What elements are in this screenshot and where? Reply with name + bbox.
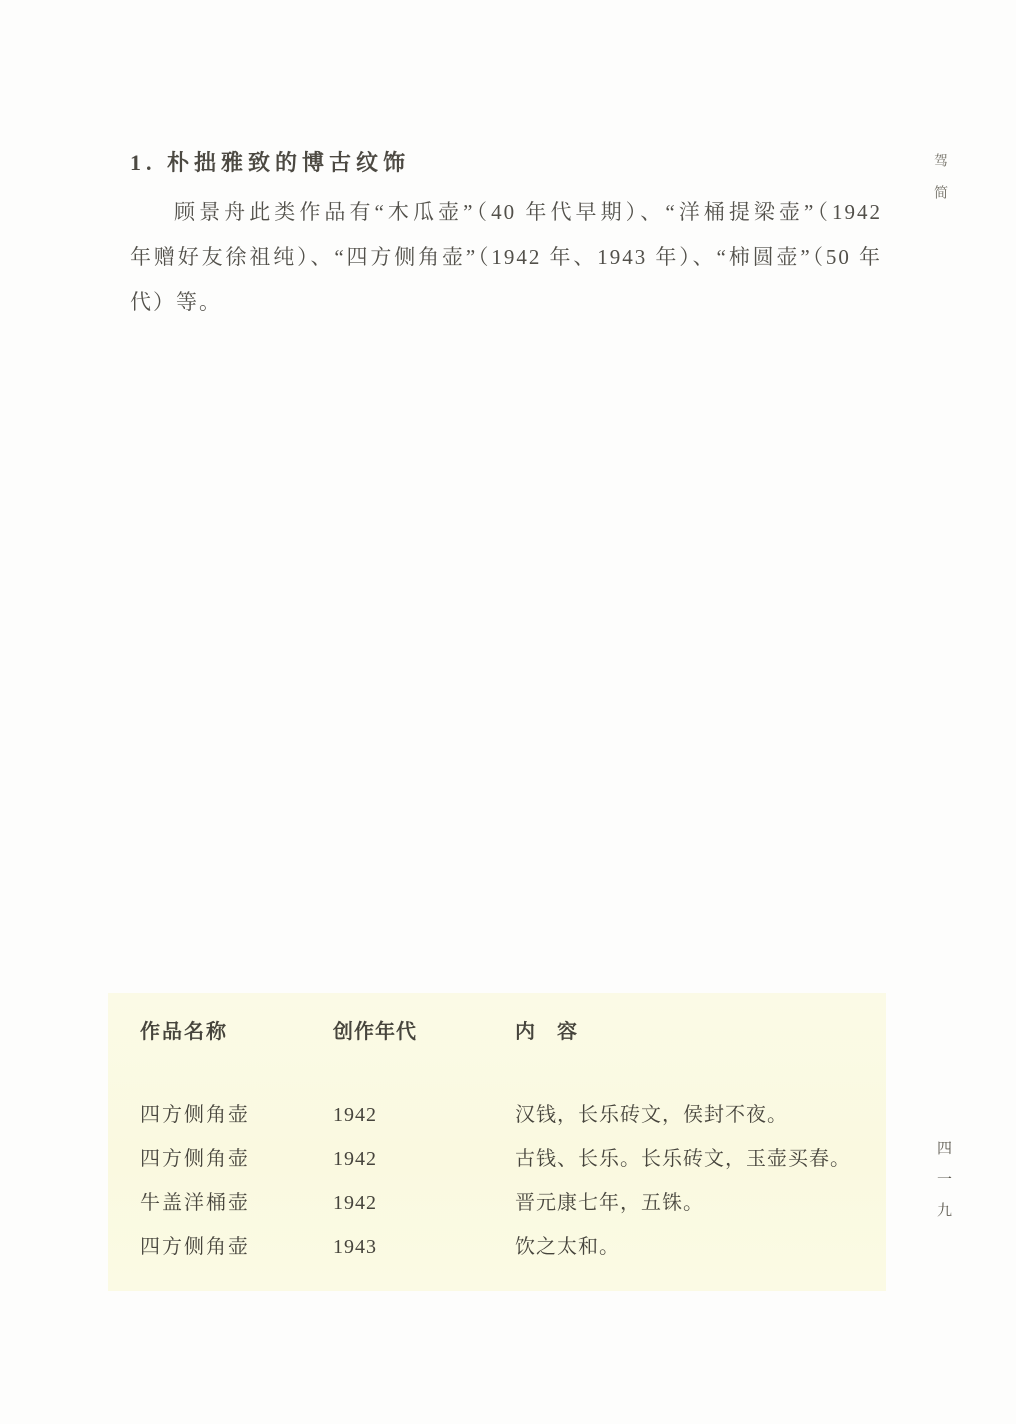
year-cell: 1942 [333, 1192, 515, 1214]
page-number-vertical: 四一九 [933, 1140, 954, 1233]
paragraph-line: 顾景舟此类作品有“木瓜壶”（40 年代早期）、“洋桶提梁壶”（1942 [130, 190, 882, 235]
work-name-cell: 牛盖洋桶壶 [140, 1192, 333, 1214]
year-cell: 1943 [333, 1236, 515, 1258]
year-cell: 1942 [333, 1104, 515, 1126]
work-name-cell: 四方侧角壶 [140, 1104, 333, 1126]
column-header-creation-year: 创作年代 [333, 1019, 515, 1046]
content-cell: 晋元康七年，五铢。 [515, 1192, 876, 1214]
content-cell: 饮之太和。 [515, 1236, 876, 1258]
table-row: 四方侧角壶 1942 古钱、长乐。长乐砖文，玉壶买春。 [108, 1148, 886, 1192]
table-header-row: 作品名称 创作年代 内 容 [108, 1019, 886, 1046]
year-cell: 1942 [333, 1148, 515, 1170]
column-header-content: 内 容 [515, 1019, 876, 1046]
table-body: 四方侧角壶 1942 汉钱，长乐砖文，侯封不夜。 四方侧角壶 1942 古钱、长… [108, 1104, 886, 1280]
content-cell: 汉钱，长乐砖文，侯封不夜。 [515, 1104, 876, 1126]
work-name-cell: 四方侧角壶 [140, 1236, 333, 1258]
section-heading: 1. 朴拙雅致的博古纹饰 [130, 146, 410, 177]
paragraph-line: 代）等。 [130, 280, 882, 325]
content-cell: 古钱、长乐。长乐砖文，玉壶买春。 [515, 1148, 876, 1170]
margin-caption-vertical: 驾简 [929, 153, 949, 217]
works-table: 作品名称 创作年代 内 容 四方侧角壶 1942 汉钱，长乐砖文，侯封不夜。 四… [108, 993, 886, 1291]
table-row: 四方侧角壶 1943 饮之太和。 [108, 1236, 886, 1280]
work-name-cell: 四方侧角壶 [140, 1148, 333, 1170]
table-row: 四方侧角壶 1942 汉钱，长乐砖文，侯封不夜。 [108, 1104, 886, 1148]
column-header-work-name: 作品名称 [140, 1019, 333, 1046]
intro-paragraph: 顾景舟此类作品有“木瓜壶”（40 年代早期）、“洋桶提梁壶”（1942 年赠好友… [130, 190, 882, 325]
table-row: 牛盖洋桶壶 1942 晋元康七年，五铢。 [108, 1192, 886, 1236]
paragraph-line: 年赠好友徐祖纯）、“四方侧角壶”（1942 年、1943 年）、“柿圆壶”（50… [130, 235, 882, 280]
